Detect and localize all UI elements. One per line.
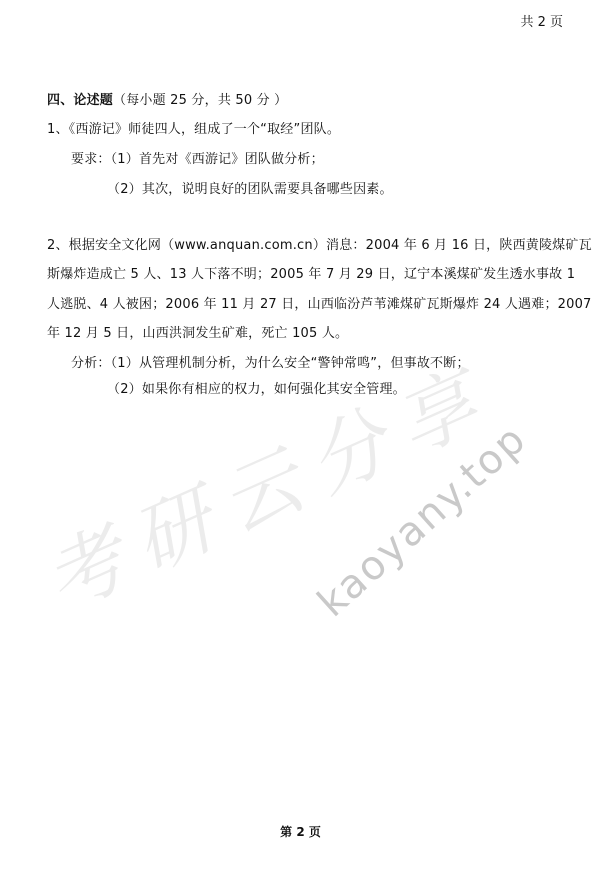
- question-2-analysis-2: （2）如果你有相应的权力，如何强化其安全管理。: [107, 382, 406, 398]
- document-page: 考研云分享 kaoyany.top 共 2 页 四、论述题（每小题 25 分，共…: [0, 0, 601, 870]
- question-2-analysis-1: 分析：（1）从管理机制分析，为什么安全“警钟常鸣”，但事故不断；: [71, 356, 470, 372]
- question-1-requirement-2: （2）其次，说明良好的团队需要具备哪些因素。: [107, 182, 393, 198]
- section-heading: 四、论述题（每小题 25 分，共 50 分 ）: [47, 93, 287, 109]
- question-1-requirement-1: 要求：（1）首先对《西游记》团队做分析；: [71, 152, 324, 168]
- page-content: 共 2 页 四、论述题（每小题 25 分，共 50 分 ） 1、《西游记》师徒四…: [0, 0, 601, 870]
- question-2-line-4: 年 12 月 5 日，山西洪洞发生矿难，死亡 105 人。: [47, 326, 348, 342]
- question-1-prompt: 1、《西游记》师徒四人，组成了一个“取经”团队。: [47, 122, 340, 138]
- page-number-footer: 第 2 页: [0, 823, 601, 840]
- section-title: 四、论述题: [47, 93, 113, 108]
- question-2-line-2: 斯爆炸造成亡 5 人、13 人下落不明；2005 年 7 月 29 日，辽宁本溪…: [47, 267, 575, 283]
- question-2-line-1: 2、根据安全文化网（www.anquan.com.cn）消息：2004 年 6 …: [47, 238, 592, 254]
- total-pages-label: 共 2 页: [520, 15, 563, 31]
- section-score-note: （每小题 25 分，共 50 分 ）: [113, 93, 287, 108]
- question-2-line-3: 人逃脱、4 人被困；2006 年 11 月 27 日，山西临汾芦苇滩煤矿瓦斯爆炸…: [47, 297, 592, 313]
